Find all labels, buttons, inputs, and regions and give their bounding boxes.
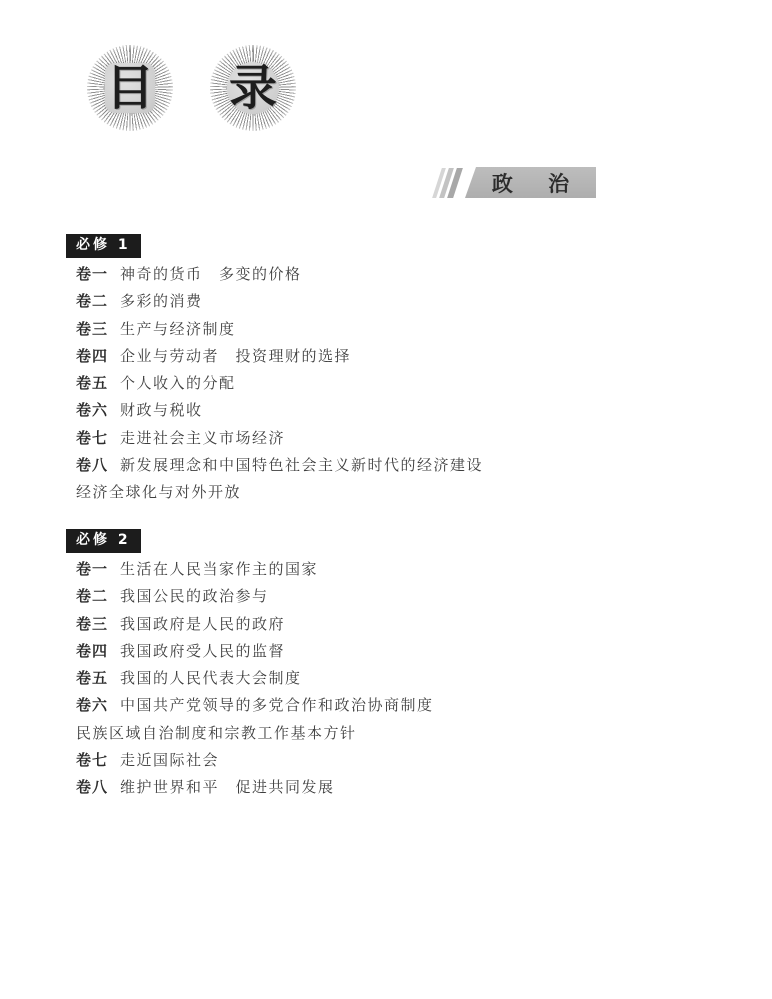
volume-title: 新发展理念和中国特色社会主义新时代的经济建设 <box>120 456 483 474</box>
volume-title: 中国共产党领导的多党合作和政治协商制度 <box>120 696 434 714</box>
volume-label: 卷三 <box>76 611 107 638</box>
volume-label: 卷六 <box>76 397 107 424</box>
diagonal-stripes-icon <box>437 168 461 198</box>
volume-title: 我国公民的政治参与 <box>120 587 269 605</box>
volume-title-line2: 民族区域自治制度和宗教工作基本方针 <box>76 724 357 742</box>
volume-title: 我国政府是人民的政府 <box>120 615 285 633</box>
volume-label: 卷二 <box>76 288 107 315</box>
volume-label: 卷四 <box>76 638 107 665</box>
volume-label: 卷五 <box>76 370 107 397</box>
volume-title: 我国政府受人民的监督 <box>120 642 285 660</box>
volume-label: 卷一 <box>76 556 107 583</box>
toc-item: 卷二我国公民的政治参与 <box>66 583 726 610</box>
volume-label: 卷八 <box>76 452 107 479</box>
toc-item: 卷二多彩的消费 <box>66 288 726 315</box>
volume-title-line2: 经济全球化与对外开放 <box>76 483 241 501</box>
volume-title: 走进社会主义市场经济 <box>120 429 285 447</box>
subject-label: 政 治 <box>465 167 596 198</box>
toc-item: 卷三我国政府是人民的政府 <box>66 611 726 638</box>
toc-item: 卷八维护世界和平 促进共同发展 <box>66 774 726 801</box>
section-badge: 必修 2 <box>66 529 141 553</box>
toc-item: 卷三生产与经济制度 <box>66 316 726 343</box>
volume-label: 卷五 <box>76 665 107 692</box>
volume-title: 走近国际社会 <box>120 751 219 769</box>
toc-item: 卷七走进社会主义市场经济 <box>66 425 726 452</box>
toc-item: 卷八新发展理念和中国特色社会主义新时代的经济建设 <box>66 452 726 479</box>
toc-list: 卷一神奇的货币 多变的价格 卷二多彩的消费 卷三生产与经济制度 卷四企业与劳动者… <box>66 261 726 507</box>
volume-title: 生产与经济制度 <box>120 320 236 338</box>
volume-title: 我国的人民代表大会制度 <box>120 669 302 687</box>
toc-item: 卷六财政与税收 <box>66 397 726 424</box>
volume-label: 卷八 <box>76 774 107 801</box>
toc-page: 目 录 政 治 必修 1 卷一神奇的货币 多变的价格 卷二多彩的消费 卷三生产与… <box>0 0 772 999</box>
section-badge: 必修 1 <box>66 234 141 258</box>
volume-label: 卷七 <box>76 425 107 452</box>
volume-title: 维护世界和平 促进共同发展 <box>120 778 335 796</box>
toc-item: 卷一神奇的货币 多变的价格 <box>66 261 726 288</box>
volume-title: 企业与劳动者 投资理财的选择 <box>120 347 351 365</box>
volume-title: 财政与税收 <box>120 401 203 419</box>
volume-label: 卷三 <box>76 316 107 343</box>
volume-label: 卷四 <box>76 343 107 370</box>
subject-header: 政 治 <box>437 167 596 198</box>
volume-label: 卷六 <box>76 692 107 719</box>
starburst-decoration: 目 <box>87 45 173 131</box>
toc-item-continuation: 民族区域自治制度和宗教工作基本方针 <box>66 720 726 747</box>
volume-title: 个人收入的分配 <box>120 374 236 392</box>
volume-title: 神奇的货币 多变的价格 <box>120 265 302 283</box>
starburst-decoration: 录 <box>210 45 296 131</box>
section-bixiu-1: 必修 1 卷一神奇的货币 多变的价格 卷二多彩的消费 卷三生产与经济制度 卷四企… <box>66 234 726 507</box>
section-bixiu-2: 必修 2 卷一生活在人民当家作主的国家 卷二我国公民的政治参与 卷三我国政府是人… <box>66 529 726 802</box>
volume-label: 卷七 <box>76 747 107 774</box>
page-title: 目 录 <box>87 45 296 131</box>
toc-list: 卷一生活在人民当家作主的国家 卷二我国公民的政治参与 卷三我国政府是人民的政府 … <box>66 556 726 802</box>
volume-label: 卷一 <box>76 261 107 288</box>
title-char-lu: 录 <box>210 45 296 131</box>
toc-item: 卷五我国的人民代表大会制度 <box>66 665 726 692</box>
toc-item: 卷六中国共产党领导的多党合作和政治协商制度 <box>66 692 726 719</box>
toc-item: 卷一生活在人民当家作主的国家 <box>66 556 726 583</box>
toc-item-continuation: 经济全球化与对外开放 <box>66 479 726 506</box>
volume-label: 卷二 <box>76 583 107 610</box>
toc-item: 卷五个人收入的分配 <box>66 370 726 397</box>
volume-title: 生活在人民当家作主的国家 <box>120 560 318 578</box>
toc-item: 卷四企业与劳动者 投资理财的选择 <box>66 343 726 370</box>
toc-item: 卷七走近国际社会 <box>66 747 726 774</box>
volume-title: 多彩的消费 <box>120 292 203 310</box>
toc-item: 卷四我国政府受人民的监督 <box>66 638 726 665</box>
title-char-mu: 目 <box>87 45 173 131</box>
